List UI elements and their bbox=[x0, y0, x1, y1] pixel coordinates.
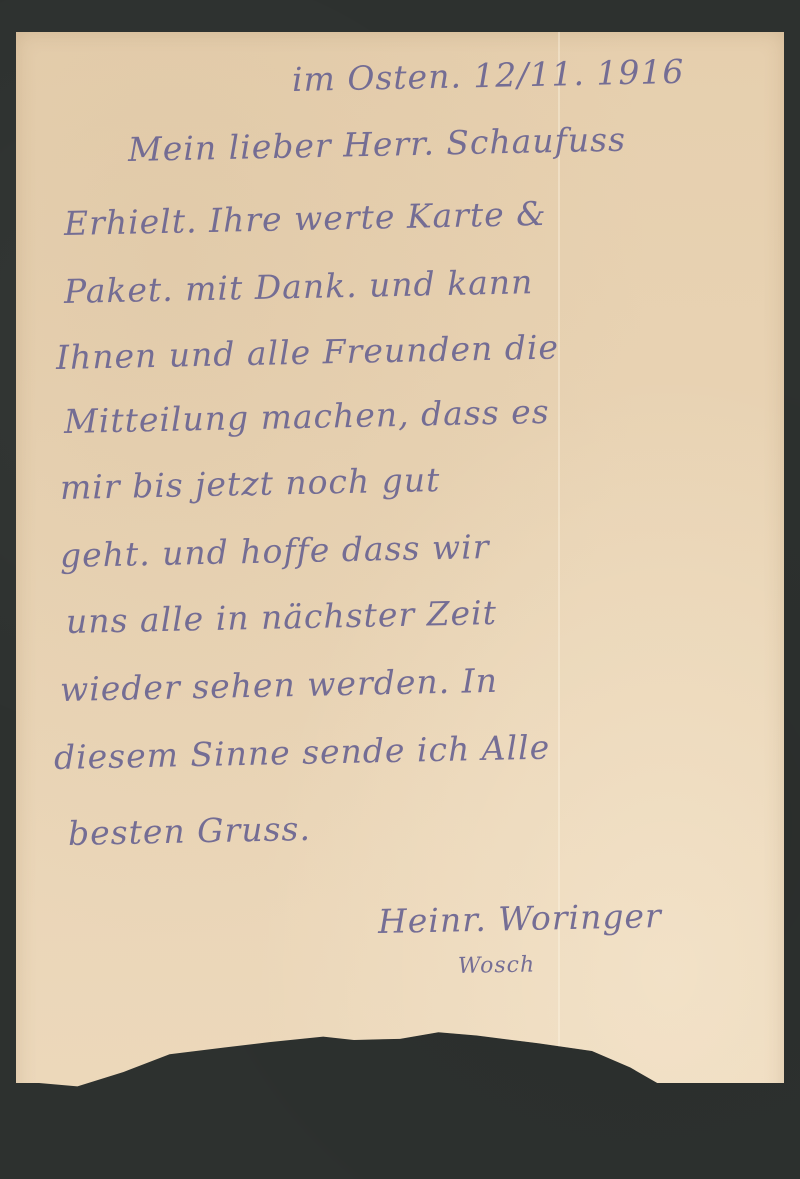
salutation-line: Mein lieber Herr. Schaufuss bbox=[128, 120, 627, 169]
body-line-1: Erhielt. Ihre werte Karte & bbox=[64, 194, 547, 243]
body-line-8: wieder sehen werden. In bbox=[60, 661, 499, 709]
place-date-line: im Osten. 12/11. 1916 bbox=[292, 52, 685, 99]
signature: Heinr. Woringer bbox=[378, 896, 663, 941]
body-line-4: Mitteilung machen, dass es bbox=[64, 392, 550, 441]
signature-note: Wosch bbox=[458, 952, 536, 979]
body-line-7: uns alle in nächster Zeit bbox=[66, 593, 498, 641]
postcard: im Osten. 12/11. 1916 Mein lieber Herr. … bbox=[16, 32, 784, 1136]
body-line-9: diesem Sinne sende ich Alle bbox=[54, 728, 551, 777]
closing-line: besten Gruss. bbox=[68, 809, 312, 853]
body-line-6: geht. und hoffe dass wir bbox=[60, 527, 490, 575]
body-line-2: Paket. mit Dank. und kann bbox=[64, 262, 534, 311]
body-line-5: mir bis jetzt noch gut bbox=[60, 460, 441, 507]
paper-fold-crease bbox=[558, 32, 560, 1136]
body-line-3: Ihnen und alle Freunden die bbox=[56, 327, 560, 377]
